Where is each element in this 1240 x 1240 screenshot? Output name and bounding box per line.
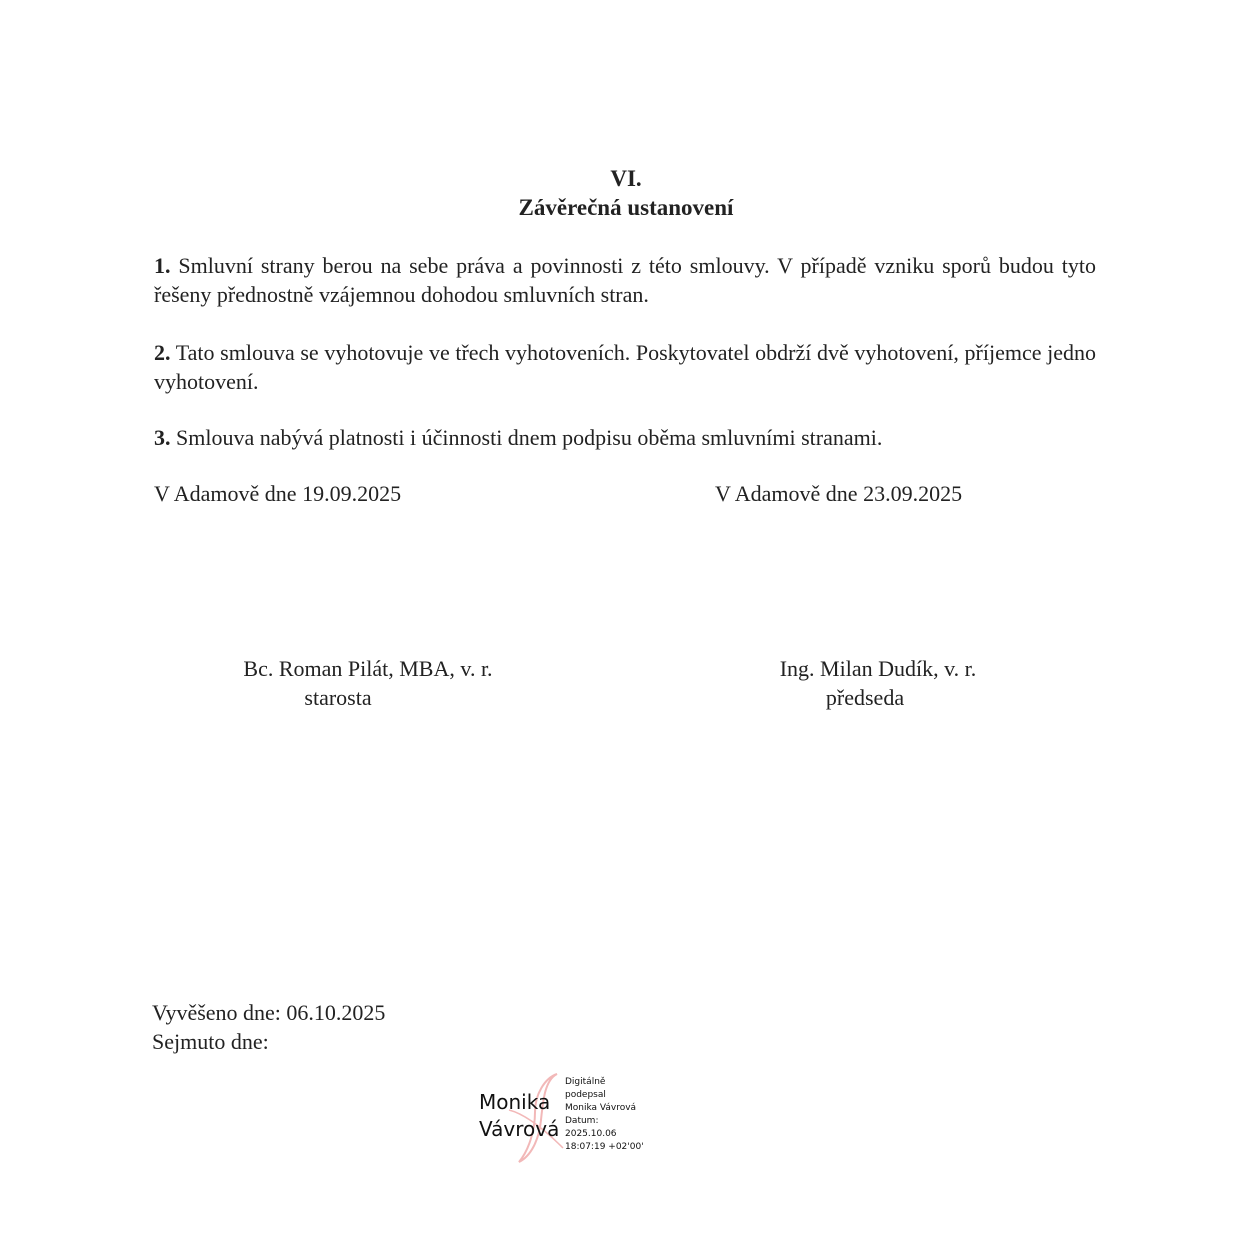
section-number: VI. [0,166,1240,192]
signatory-left: Bc. Roman Pilát, MBA, v. r. starosta [218,654,518,712]
signature-meta-line: 2025.10.06 [565,1128,644,1141]
clause-3-number: 3. [154,425,171,450]
signatory-left-name: Bc. Roman Pilát, MBA, v. r. [218,654,518,683]
signature-meta-line: podepsal [565,1089,644,1102]
place-date-left: V Adamově dne 19.09.2025 [154,481,401,507]
place-date-right: V Adamově dne 23.09.2025 [715,481,962,507]
signature-meta-line: Monika Vávrová [565,1102,644,1115]
clause-3: 3. Smlouva nabývá platnosti i účinnosti … [154,423,1096,452]
clause-1: 1. Smluvní strany berou na sebe práva a … [154,251,1096,309]
clause-1-text: Smluvní strany berou na sebe práva a pov… [154,253,1096,307]
signature-meta-line: Digitálně [565,1076,644,1089]
signatory-right-name: Ing. Milan Dudík, v. r. [758,654,998,683]
clause-2-text: Tato smlouva se vyhotovuje ve třech vyho… [154,340,1096,394]
signatory-right-role: předseda [732,683,998,712]
clause-2-number: 2. [154,340,171,365]
digital-signature-name-line2: Vávrová [479,1116,559,1143]
digital-signature-name: Monika Vávrová [479,1089,559,1143]
signature-meta-line: 18:07:19 +02'00' [565,1141,644,1154]
removed-date: Sejmuto dne: [152,1027,385,1056]
clause-3-text: Smlouva nabývá platnosti i účinnosti dne… [176,425,882,450]
clause-2: 2. Tato smlouva se vyhotovuje ve třech v… [154,338,1096,396]
section-title: Závěrečná ustanovení [0,195,1240,221]
digital-signature-details: Digitálně podepsal Monika Vávrová Datum:… [565,1076,644,1154]
signatory-left-role: starosta [158,683,518,712]
signatory-right: Ing. Milan Dudík, v. r. předseda [758,654,998,712]
signature-meta-line: Datum: [565,1115,644,1128]
posting-info: Vyvěšeno dne: 06.10.2025 Sejmuto dne: [152,998,385,1056]
clause-1-number: 1. [154,253,171,278]
posted-date: Vyvěšeno dne: 06.10.2025 [152,998,385,1027]
digital-signature-name-line1: Monika [479,1089,559,1116]
